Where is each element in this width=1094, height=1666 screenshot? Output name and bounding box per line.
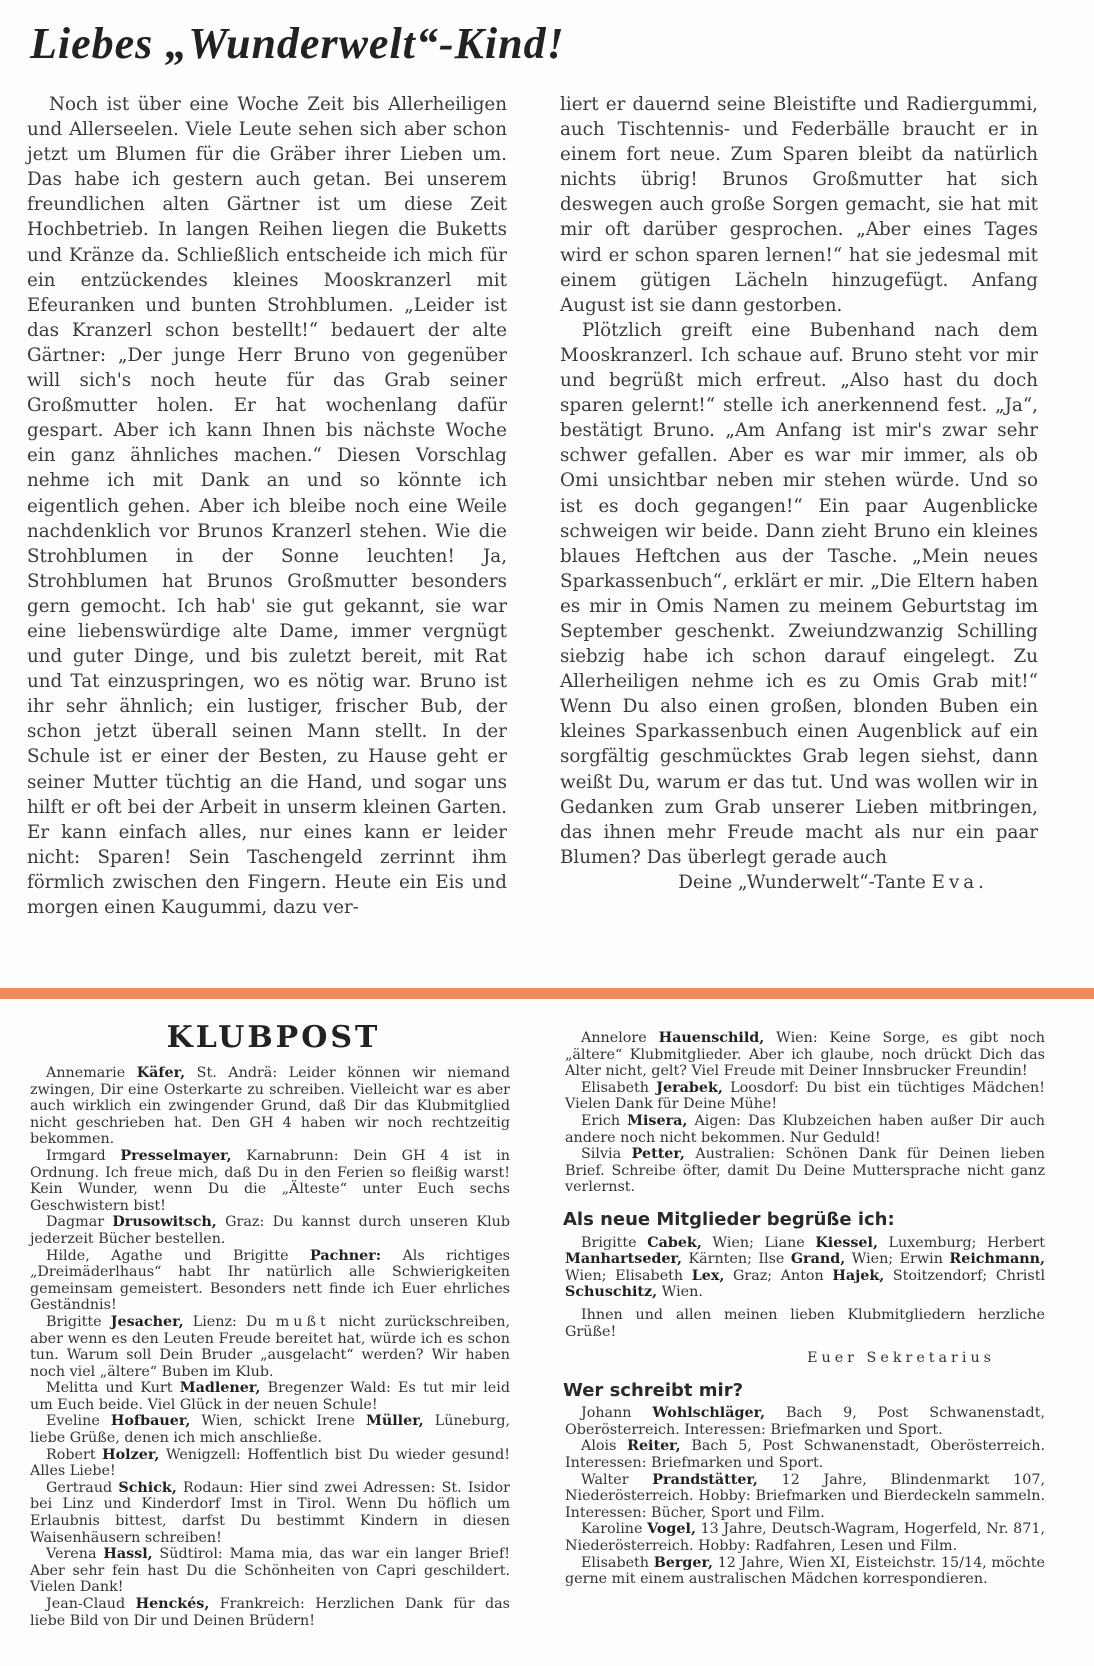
- member-last-name: Cabek,: [647, 1235, 702, 1251]
- reply-entry: Melitta und Kurt Madlener, Bregenzer Wal…: [30, 1380, 510, 1413]
- member-place: Kärnten;: [682, 1251, 758, 1267]
- reply-first-name: Irmgard: [46, 1148, 106, 1164]
- letter-title: Liebes „Wunderwelt“-Kind!: [30, 18, 550, 69]
- reply-last-name: Jerabek,: [656, 1080, 723, 1096]
- pen-pal-entry: Johann Wohlschläger, Bach 9, Post Schwan…: [565, 1405, 1045, 1438]
- member-place: Graz;: [724, 1268, 780, 1284]
- member-place: Wien;: [565, 1268, 615, 1284]
- reply-entry: Annelore Hauenschild, Wien: Keine Sorge,…: [565, 1030, 1045, 1080]
- reply-last-name: Schick,: [118, 1480, 176, 1496]
- member-first-name: Erwin: [900, 1251, 943, 1267]
- reply-first-name: Erich: [581, 1113, 620, 1129]
- orange-divider: [0, 988, 1094, 999]
- klubpost-title: KLUBPOST: [0, 1020, 547, 1055]
- letter-column-left: Noch ist über eine Woche Zeit bis Allerh…: [27, 92, 507, 920]
- reply-entry: Annemarie Käfer, St. Andrä: Leider könne…: [30, 1065, 510, 1148]
- member-first-name: Ilse: [758, 1251, 784, 1267]
- member-place: Wien.: [657, 1284, 703, 1300]
- pen-pal-entry: Walter Prandstätter, 12 Jahre, Blindenma…: [565, 1472, 1045, 1522]
- greeting-text: Ihnen und allen meinen lieben Klubmitgli…: [565, 1307, 1045, 1340]
- reply-last-name: Misera,: [627, 1113, 687, 1129]
- reply-last-name: Hauenschild,: [659, 1030, 765, 1046]
- reply-text: Südtirol: Mama mia, das war ein langer B…: [30, 1546, 510, 1595]
- letter-paragraph: liert er dauernd seine Bleistifte und Ra…: [560, 92, 1038, 318]
- pen-pal-text: 12 Jahre, Blindenmarkt 107, Niederösterr…: [565, 1472, 1045, 1521]
- member-first-name: Brigitte: [581, 1235, 637, 1251]
- member-first-name: Liane: [765, 1235, 805, 1251]
- pen-pal-entry: Elisabeth Berger, 12 Jahre, Wien XI, Eis…: [565, 1555, 1045, 1588]
- member-place: Wien;: [845, 1251, 899, 1267]
- reply-emphasis: mußt: [276, 1314, 330, 1330]
- reply-last-name: Pachner:: [310, 1248, 381, 1264]
- reply-first-name: Robert: [46, 1447, 96, 1463]
- reply-first-name: Brigitte: [46, 1314, 102, 1330]
- reply-entry: Irmgard Presselmayer, Karnabrunn: Dein G…: [30, 1148, 510, 1214]
- klubpost-column-left: Annemarie Käfer, St. Andrä: Leider könne…: [30, 1065, 510, 1629]
- member-last-name: Manhartseder,: [565, 1251, 682, 1267]
- reply-entry: Hilde, Agathe und Brigitte Pachner: Als …: [30, 1248, 510, 1314]
- reply-first-name: Silvia: [581, 1146, 621, 1162]
- reply-entry: Robert Holzer, Wenigzell: Hoffentlich bi…: [30, 1447, 510, 1480]
- pen-pal-last-name: Wohlschläger,: [652, 1405, 765, 1421]
- reply-entry: Brigitte Jesacher, Lienz: Du mußt nicht …: [30, 1314, 510, 1380]
- member-last-name: Grand,: [791, 1251, 845, 1267]
- reply-last-name: Müller,: [366, 1413, 424, 1429]
- klubpost-column-right: Annelore Hauenschild, Wien: Keine Sorge,…: [565, 1030, 1045, 1588]
- reply-entry: Verena Hassl, Südtirol: Mama mia, das wa…: [30, 1546, 510, 1596]
- reply-last-name: Käfer,: [137, 1065, 185, 1081]
- reply-first-name: Melitta und Kurt: [46, 1380, 172, 1396]
- reply-first-name: Verena: [46, 1546, 97, 1562]
- secretary-signature: Euer Sekretarius: [565, 1350, 1045, 1367]
- new-members-heading: Als neue Mitglieder begrüße ich:: [563, 1212, 1045, 1229]
- member-last-name: Reichmann,: [949, 1251, 1045, 1267]
- signature-prefix: Deine „Wunderwelt“-Tante: [678, 872, 926, 893]
- member-place: Luxemburg;: [878, 1235, 987, 1251]
- reply-first-name: Annemarie: [46, 1065, 125, 1081]
- pen-pal-entry: Karoline Vogel, 13 Jahre, Deutsch-Wagram…: [565, 1521, 1045, 1554]
- pen-pal-last-name: Berger,: [654, 1555, 713, 1571]
- new-members-list: Brigitte Cabek, Wien; Liane Kiessel, Lux…: [565, 1235, 1045, 1301]
- pen-pals-heading: Wer schreibt mir?: [563, 1383, 1045, 1400]
- pen-pal-entry: Alois Reiter, Bach 5, Post Schwanenstadt…: [565, 1438, 1045, 1471]
- reply-first-name: Jean-Claud: [46, 1596, 125, 1612]
- reply-last-name: Hofbauer,: [111, 1413, 190, 1429]
- member-last-name: Lex,: [692, 1268, 725, 1284]
- reply-text: Lienz: Du: [184, 1314, 276, 1330]
- member-first-name: Anton: [781, 1268, 824, 1284]
- reply-first-name: Eveline: [46, 1413, 100, 1429]
- reply-last-name: Drusowitsch,: [112, 1214, 216, 1230]
- reply-entry: Elisabeth Jerabek, Loosdorf: Du bist ein…: [565, 1080, 1045, 1113]
- reply-last-name: Holzer,: [102, 1447, 159, 1463]
- member-last-name: Schuschitz,: [565, 1284, 657, 1300]
- member-first-name: Christl: [996, 1268, 1045, 1284]
- pen-pal-last-name: Vogel,: [647, 1521, 696, 1537]
- member-last-name: Kiessel,: [815, 1235, 878, 1251]
- pen-pal-last-name: Prandstätter,: [652, 1472, 758, 1488]
- pen-pal-first-name: Alois: [581, 1438, 616, 1454]
- pen-pal-first-name: Karoline: [581, 1521, 642, 1537]
- reply-entry: Erich Misera, Aigen: Das Klubzeichen hab…: [565, 1113, 1045, 1146]
- letter-paragraph: Plötzlich greift eine Bubenhand nach dem…: [560, 318, 1038, 870]
- reply-entry: Dagmar Drusowitsch, Graz: Du kannst durc…: [30, 1214, 510, 1247]
- member-last-name: Hajek,: [832, 1268, 884, 1284]
- signature-name: Eva.: [932, 872, 988, 893]
- pen-pal-last-name: Reiter,: [627, 1438, 681, 1454]
- member-first-name: Elisabeth: [615, 1268, 683, 1284]
- member-place: Stoitzendorf;: [884, 1268, 996, 1284]
- letter-paragraph: Noch ist über eine Woche Zeit bis Allerh…: [27, 92, 507, 920]
- reply-entry: Silvia Petter, Australien: Schönen Dank …: [565, 1146, 1045, 1196]
- reply-text: Wien, schickt Irene: [190, 1413, 366, 1429]
- reply-last-name: Jesacher,: [111, 1314, 184, 1330]
- reply-last-name: Petter,: [632, 1146, 685, 1162]
- reply-first-name: Gertraud: [46, 1480, 112, 1496]
- member-first-name: Herbert: [987, 1235, 1045, 1251]
- reply-first-name: Annelore: [581, 1030, 647, 1046]
- reply-first-name: Dagmar: [46, 1214, 104, 1230]
- reply-last-name: Madlener,: [180, 1380, 261, 1396]
- pen-pal-first-name: Walter: [581, 1472, 629, 1488]
- reply-entry: Eveline Hofbauer, Wien, schickt Irene Mü…: [30, 1413, 510, 1446]
- reply-last-name: Presselmayer,: [120, 1148, 231, 1164]
- reply-last-name: Henckés,: [136, 1596, 210, 1612]
- pen-pal-first-name: Elisabeth: [581, 1555, 649, 1571]
- pen-pal-text: Bach 9, Post Schwanenstadt, Oberösterrei…: [565, 1405, 1045, 1438]
- reply-first-name: Elisabeth: [581, 1080, 649, 1096]
- reply-first-name: Hilde, Agathe und Brigitte: [46, 1248, 289, 1264]
- letter-column-right: liert er dauernd seine Bleistifte und Ra…: [560, 92, 1038, 895]
- letter-signature: Deine „Wunderwelt“-Tante Eva.: [560, 870, 1038, 895]
- member-place: Wien;: [702, 1235, 765, 1251]
- pen-pal-first-name: Johann: [581, 1405, 632, 1421]
- reply-last-name: Hassl,: [103, 1546, 152, 1562]
- reply-entry: Gertraud Schick, Rodaun: Hier sind zwei …: [30, 1480, 510, 1546]
- reply-entry: Jean-Claud Henckés, Frankreich: Herzlich…: [30, 1596, 510, 1629]
